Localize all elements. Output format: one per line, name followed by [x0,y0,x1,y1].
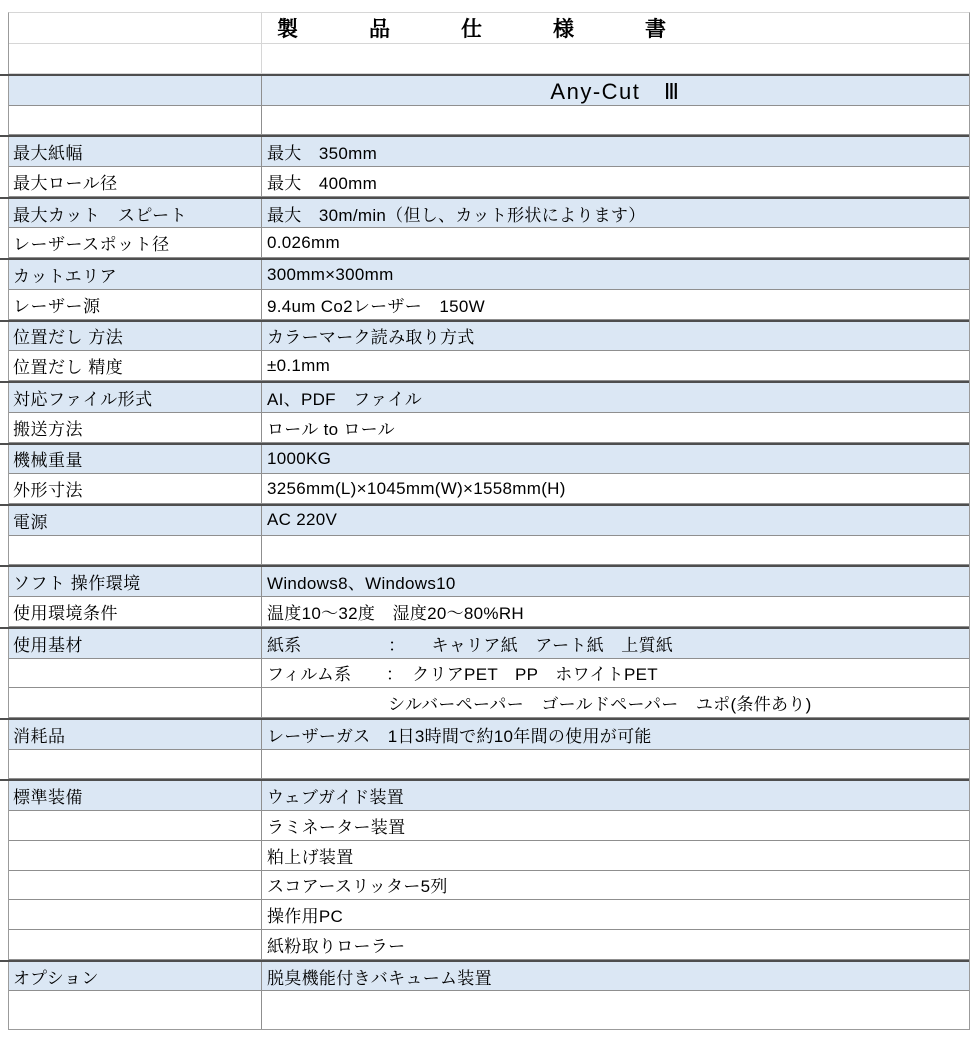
row-value: 最大 400mm [262,167,969,196]
row-label: レーザースポット径 [9,228,262,257]
row-value: ロール to ロール [262,413,969,442]
table-row: オプション脱臭機能付きバキューム装置 [9,960,969,992]
table-row: ソフト 操作環境Windows8、Windows10 [9,565,969,597]
table-row: シルバーペーパー ゴールドペーパー ユポ(条件あり) [9,688,969,718]
row-label [9,76,262,105]
row-label [9,44,262,73]
spacer-row [9,991,969,1028]
row-label: 消耗品 [9,720,262,749]
row-label: ソフト 操作環境 [9,567,262,596]
row-value: AC 220V [262,506,969,535]
row-label: 最大カット スピート [9,199,262,228]
row-label: 位置だし 精度 [9,351,262,380]
product-name: Any-Cut Ⅲ [262,76,969,105]
row-value: レーザーガス 1日3時間で約10年間の使用が可能 [262,720,969,749]
row-value: ウェブガイド装置 [262,781,969,810]
row-label [9,811,262,840]
table-row: レーザースポット径0.026mm [9,228,969,258]
row-value: スコアースリッター5列 [262,871,969,900]
row-value [262,750,969,779]
row-label [9,106,262,135]
row-value: 最大 350mm [262,137,969,166]
table-row: 位置だし 方法カラーマーク読み取り方式 [9,320,969,352]
table-row: 位置だし 精度±0.1mm [9,351,969,381]
row-value: 0.026mm [262,228,969,257]
row-label [9,536,262,565]
row-value [262,991,969,1028]
spacer-row [9,44,969,74]
title-row: 製 品 仕 様 書 [9,13,969,44]
table-row: 電源AC 220V [9,504,969,536]
row-value: 紙系 ： キャリア紙 アート紙 上質紙 [262,629,969,658]
row-value: 3256mm(L)×1045mm(W)×1558mm(H) [262,474,969,503]
table-row: 粕上げ装置 [9,841,969,871]
table-row: 機械重量1000KG [9,443,969,475]
row-value: ±0.1mm [262,351,969,380]
row-value: 粕上げ装置 [262,841,969,870]
row-value: AI、PDF ファイル [262,383,969,412]
row-value: 紙粉取りローラー [262,930,969,959]
row-label: 外形寸法 [9,474,262,503]
row-value: Windows8、Windows10 [262,567,969,596]
row-label: オプション [9,962,262,991]
row-value [262,44,969,73]
product-name-row: Any-Cut Ⅲ [9,74,969,106]
table-row: スコアースリッター5列 [9,871,969,901]
table-row: 消耗品レーザーガス 1日3時間で約10年間の使用が可能 [9,718,969,750]
table-row: 使用基材紙系 ： キャリア紙 アート紙 上質紙 [9,627,969,659]
row-label: 位置だし 方法 [9,322,262,351]
row-label: 標準装備 [9,781,262,810]
row-value [262,106,969,135]
row-label: 最大ロール径 [9,167,262,196]
row-label: 電源 [9,506,262,535]
spacer-row [9,536,969,566]
row-label [9,900,262,929]
row-value: 脱臭機能付きバキューム装置 [262,962,969,991]
row-label: 使用基材 [9,629,262,658]
row-value: 最大 30m/min（但し、カット形状によります） [262,199,969,228]
row-label: 機械重量 [9,445,262,474]
row-value [262,536,969,565]
row-label: 使用環境条件 [9,597,262,626]
row-value: 1000KG [262,445,969,474]
table-row: 操作用PC [9,900,969,930]
row-label [9,13,262,43]
row-value: カラーマーク読み取り方式 [262,322,969,351]
spacer-row [9,106,969,136]
row-label [9,688,262,717]
row-value: 操作用PC [262,900,969,929]
table-row: 紙粉取りローラー [9,930,969,960]
table-row: 搬送方法ロール to ロール [9,413,969,443]
row-label [9,871,262,900]
row-value: 温度10～32度 湿度20～80%RH [262,597,969,626]
row-label [9,991,262,1028]
table-row: フィルム系 ： クリアPET PP ホワイトPET [9,659,969,689]
row-label [9,750,262,779]
table-row: レーザー源9.4um Co2レーザー 150W [9,290,969,320]
spacer-row [9,750,969,780]
table-row: 対応ファイル形式AI、PDF ファイル [9,381,969,413]
row-label [9,841,262,870]
row-label: 最大紙幅 [9,137,262,166]
row-label: カットエリア [9,260,262,289]
row-value: フィルム系 ： クリアPET PP ホワイトPET [262,659,969,688]
table-row: 最大紙幅最大 350mm [9,135,969,167]
table-row: 使用環境条件温度10～32度 湿度20～80%RH [9,597,969,627]
row-label [9,659,262,688]
row-label: 搬送方法 [9,413,262,442]
spec-sheet-page: 製 品 仕 様 書Any-Cut Ⅲ最大紙幅最大 350mm最大ロール径最大 4… [0,0,980,1038]
row-label: レーザー源 [9,290,262,319]
table-row: ラミネーター装置 [9,811,969,841]
row-value: ラミネーター装置 [262,811,969,840]
table-row: 標準装備ウェブガイド装置 [9,779,969,811]
page-title: 製 品 仕 様 書 [262,13,969,43]
row-label: 対応ファイル形式 [9,383,262,412]
table-row: カットエリア300mm×300mm [9,258,969,290]
table-row: 外形寸法3256mm(L)×1045mm(W)×1558mm(H) [9,474,969,504]
table-row: 最大ロール径最大 400mm [9,167,969,197]
spec-table: 製 品 仕 様 書Any-Cut Ⅲ最大紙幅最大 350mm最大ロール径最大 4… [8,12,970,1030]
row-label [9,930,262,959]
table-row: 最大カット スピート最大 30m/min（但し、カット形状によります） [9,197,969,229]
row-value: シルバーペーパー ゴールドペーパー ユポ(条件あり) [262,688,969,717]
row-value: 9.4um Co2レーザー 150W [262,290,969,319]
row-value: 300mm×300mm [262,260,969,289]
